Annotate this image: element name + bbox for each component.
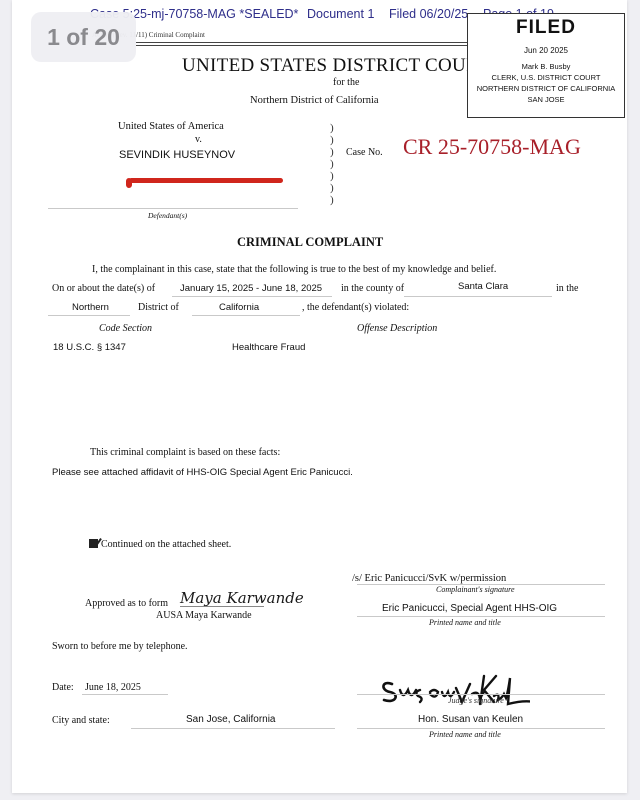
in-the-label: in the bbox=[556, 283, 579, 294]
judge-printed-label: Printed name and title bbox=[429, 730, 501, 739]
date-rule bbox=[82, 694, 168, 695]
state-rule bbox=[192, 315, 300, 316]
city-label: City and state: bbox=[52, 715, 110, 726]
continued-checkbox[interactable] bbox=[89, 539, 98, 548]
facts-text: Please see attached affidavit of HHS-OIG… bbox=[52, 467, 353, 478]
stamp-clerk: Mark B. Busby CLERK, U.S. DISTRICT COURT… bbox=[468, 61, 624, 105]
offense-description: Healthcare Fraud bbox=[232, 342, 305, 353]
paren: ) bbox=[330, 182, 334, 194]
document-number: Document 1 bbox=[307, 7, 374, 21]
defendant-rule bbox=[48, 208, 298, 209]
court-name: UNITED STATES DISTRICT COURT bbox=[182, 55, 490, 77]
code-section-header: Code Section bbox=[99, 323, 152, 334]
paren: ) bbox=[330, 158, 334, 170]
defendant-name: SEVINDIK HUSEYNOV bbox=[119, 149, 235, 161]
dates-rule bbox=[172, 296, 332, 297]
approved-label: Approved as to form bbox=[85, 598, 168, 609]
ausa-name: AUSA Maya Karwande bbox=[156, 610, 252, 621]
paren: ) bbox=[330, 170, 334, 182]
plaintiff: United States of America bbox=[118, 121, 224, 132]
paren: ) bbox=[330, 146, 334, 158]
offense-description-header: Offense Description bbox=[357, 323, 437, 334]
county-label: in the county of bbox=[341, 283, 404, 294]
offense-dates: January 15, 2025 - June 18, 2025 bbox=[180, 283, 322, 294]
judge-sig-label: Judge's signature bbox=[448, 696, 504, 705]
case-no-label: Case No. bbox=[346, 147, 383, 158]
district-of-label: District of bbox=[138, 302, 179, 313]
filed-date: Filed 06/20/25 bbox=[389, 7, 468, 21]
defendant-label: Defendant(s) bbox=[148, 211, 187, 220]
stamp-clerk-title: CLERK, U.S. DISTRICT COURT bbox=[468, 72, 624, 83]
complainant-signature: /s/ Eric Panicucci/SvK w/permission bbox=[352, 573, 506, 584]
stamp-city: SAN JOSE bbox=[468, 94, 624, 105]
continued-label: Continued on the attached sheet. bbox=[101, 539, 231, 550]
complainant-printed-rule bbox=[357, 616, 605, 617]
date-value: June 18, 2025 bbox=[85, 682, 141, 693]
court-district: Northern District of California bbox=[250, 95, 379, 106]
sworn-statement: Sworn to before me by telephone. bbox=[52, 641, 188, 652]
district-dir-rule bbox=[48, 315, 130, 316]
filed-stamp: FILED Jun 20 2025 Mark B. Busby CLERK, U… bbox=[467, 13, 625, 118]
violated-label: , the defendant(s) violated: bbox=[302, 302, 409, 313]
paren: ) bbox=[330, 122, 334, 134]
case-number: CR 25-70758-MAG bbox=[403, 134, 581, 160]
ausa-signature: Maya Karwande bbox=[180, 589, 304, 607]
city-value: San Jose, California bbox=[186, 714, 276, 725]
county: Santa Clara bbox=[458, 281, 508, 292]
redaction-mark-hook bbox=[126, 178, 132, 188]
stamp-clerk-name: Mark B. Busby bbox=[468, 61, 624, 72]
ausa-sig-rule bbox=[180, 606, 264, 607]
redaction-mark bbox=[129, 178, 283, 183]
state: California bbox=[219, 302, 259, 313]
judge-sig-rule bbox=[357, 694, 605, 695]
judge-printed-name: Hon. Susan van Keulen bbox=[418, 714, 523, 725]
paren: ) bbox=[330, 134, 334, 146]
stamp-district: NORTHERN DISTRICT OF CALIFORNIA bbox=[468, 83, 624, 94]
page-counter-badge: 1 of 20 bbox=[31, 12, 136, 62]
complainant-sig-label: Complainant's signature bbox=[436, 585, 515, 594]
complaint-title: CRIMINAL COMPLAINT bbox=[237, 235, 383, 250]
stamp-title: FILED bbox=[468, 17, 624, 39]
district-direction: Northern bbox=[72, 302, 109, 313]
city-rule bbox=[131, 728, 335, 729]
complainant-printed-name: Eric Panicucci, Special Agent HHS-OIG bbox=[382, 603, 557, 614]
county-rule bbox=[404, 296, 552, 297]
header-rule bbox=[136, 42, 467, 46]
complainant-printed-label: Printed name and title bbox=[429, 618, 501, 627]
stamp-date: Jun 20 2025 bbox=[468, 46, 624, 55]
complaint-intro: I, the complainant in this case, state t… bbox=[92, 264, 496, 275]
facts-intro: This criminal complaint is based on thes… bbox=[90, 447, 280, 458]
judge-printed-rule bbox=[357, 728, 605, 729]
date-label: Date: bbox=[52, 682, 74, 693]
document-page: Case 5:25-mj-70758-MAG *SEALED* Document… bbox=[12, 0, 627, 793]
paren: ) bbox=[330, 194, 334, 206]
for-the: for the bbox=[333, 77, 359, 88]
offense-code: 18 U.S.C. § 1347 bbox=[53, 342, 126, 353]
continued-row: Continued on the attached sheet. bbox=[89, 539, 231, 550]
on-or-about-label: On or about the date(s) of bbox=[52, 283, 155, 294]
versus: v. bbox=[195, 134, 202, 145]
